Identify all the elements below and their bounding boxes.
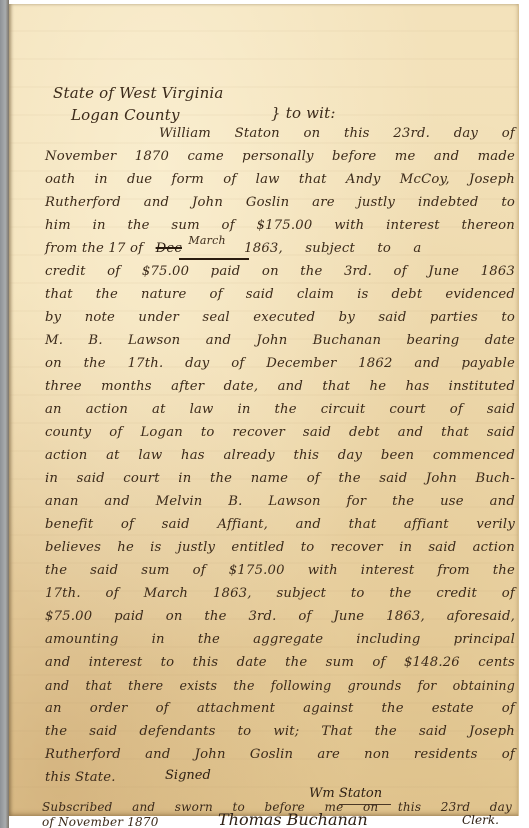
- clerk-title: Clerk.: [462, 813, 499, 827]
- struck-word: Dec: [156, 241, 182, 256]
- body-line-28: Rutherford and John Goslin are non resid…: [45, 747, 515, 762]
- body-line-6: from the 17 of Dec March 1863, subject t…: [45, 241, 421, 256]
- insertion-underline: [179, 258, 249, 260]
- body-line-24: and interest to this date the sum of $14…: [45, 655, 515, 670]
- body-line-14: county of Logan to recover said debt and…: [45, 425, 515, 440]
- heading-county: Logan County: [71, 106, 180, 124]
- body-line-7: credit of $75.00 paid on the 3rd. of Jun…: [45, 264, 515, 279]
- document-page: State of West Virginia Logan County } to…: [9, 4, 519, 816]
- body-line-11: on the 17th. day of December 1862 and pa…: [45, 356, 515, 371]
- inserted-word: March: [188, 234, 225, 247]
- body-line-9: by note under seal executed by said part…: [45, 310, 515, 325]
- body-line-25: and that there exists the following grou…: [45, 678, 515, 693]
- body-line-23: amounting in the aggregate including pri…: [45, 632, 515, 647]
- body-line-10: M. B. Lawson and John Buchanan bearing d…: [45, 333, 515, 348]
- body-line-27: the said defendants to wit; That the sai…: [45, 724, 515, 739]
- body-line-6-start: from the 17 of: [45, 241, 143, 256]
- body-line-19: believes he is justly entitled to recove…: [45, 540, 515, 555]
- signed-label: Signed: [165, 768, 211, 783]
- body-line-20: the said sum of $175.00 with interest fr…: [45, 563, 515, 578]
- body-line-18: benefit of said Affiant, and that affian…: [45, 517, 515, 532]
- body-line-21: 17th. of March 1863, subject to the cred…: [45, 586, 515, 601]
- scanner-edge-strip: [0, 0, 9, 828]
- body-line-15: action at law has already this day been …: [45, 448, 515, 463]
- body-line-2: November 1870 came personally before me …: [45, 149, 515, 164]
- body-line-29: this State.: [45, 770, 116, 785]
- jurat-line-2: of November 1870: [42, 815, 159, 828]
- body-line-16: in said court in the name of the said Jo…: [45, 471, 515, 486]
- body-line-8: that the nature of said claim is debt ev…: [45, 287, 515, 302]
- body-line-3: oath in due form of law that Andy McCoy,…: [45, 172, 515, 187]
- body-line-6-rest: 1863, subject to a: [244, 241, 421, 256]
- body-line-1: William Staton on this 23rd. day of: [159, 126, 515, 141]
- body-line-22: $75.00 paid on the 3rd. of June 1863, af…: [45, 609, 515, 624]
- heading-to-wit: } to wit:: [271, 104, 336, 122]
- affiant-signature: Wm Staton: [309, 786, 382, 801]
- body-line-5: him in the sum of $175.00 with interest …: [45, 218, 515, 233]
- body-line-26: an order of attachment against the estat…: [45, 701, 515, 716]
- body-line-12: three months after date, and that he has…: [45, 379, 515, 394]
- body-line-4: Rutherford and John Goslin are justly in…: [45, 195, 515, 210]
- body-line-17: anan and Melvin B. Lawson for the use an…: [45, 494, 515, 509]
- clerk-signature: Thomas Buchanan: [218, 810, 368, 828]
- body-line-13: an action at law in the circuit court of…: [45, 402, 515, 417]
- heading-state: State of West Virginia: [53, 84, 224, 102]
